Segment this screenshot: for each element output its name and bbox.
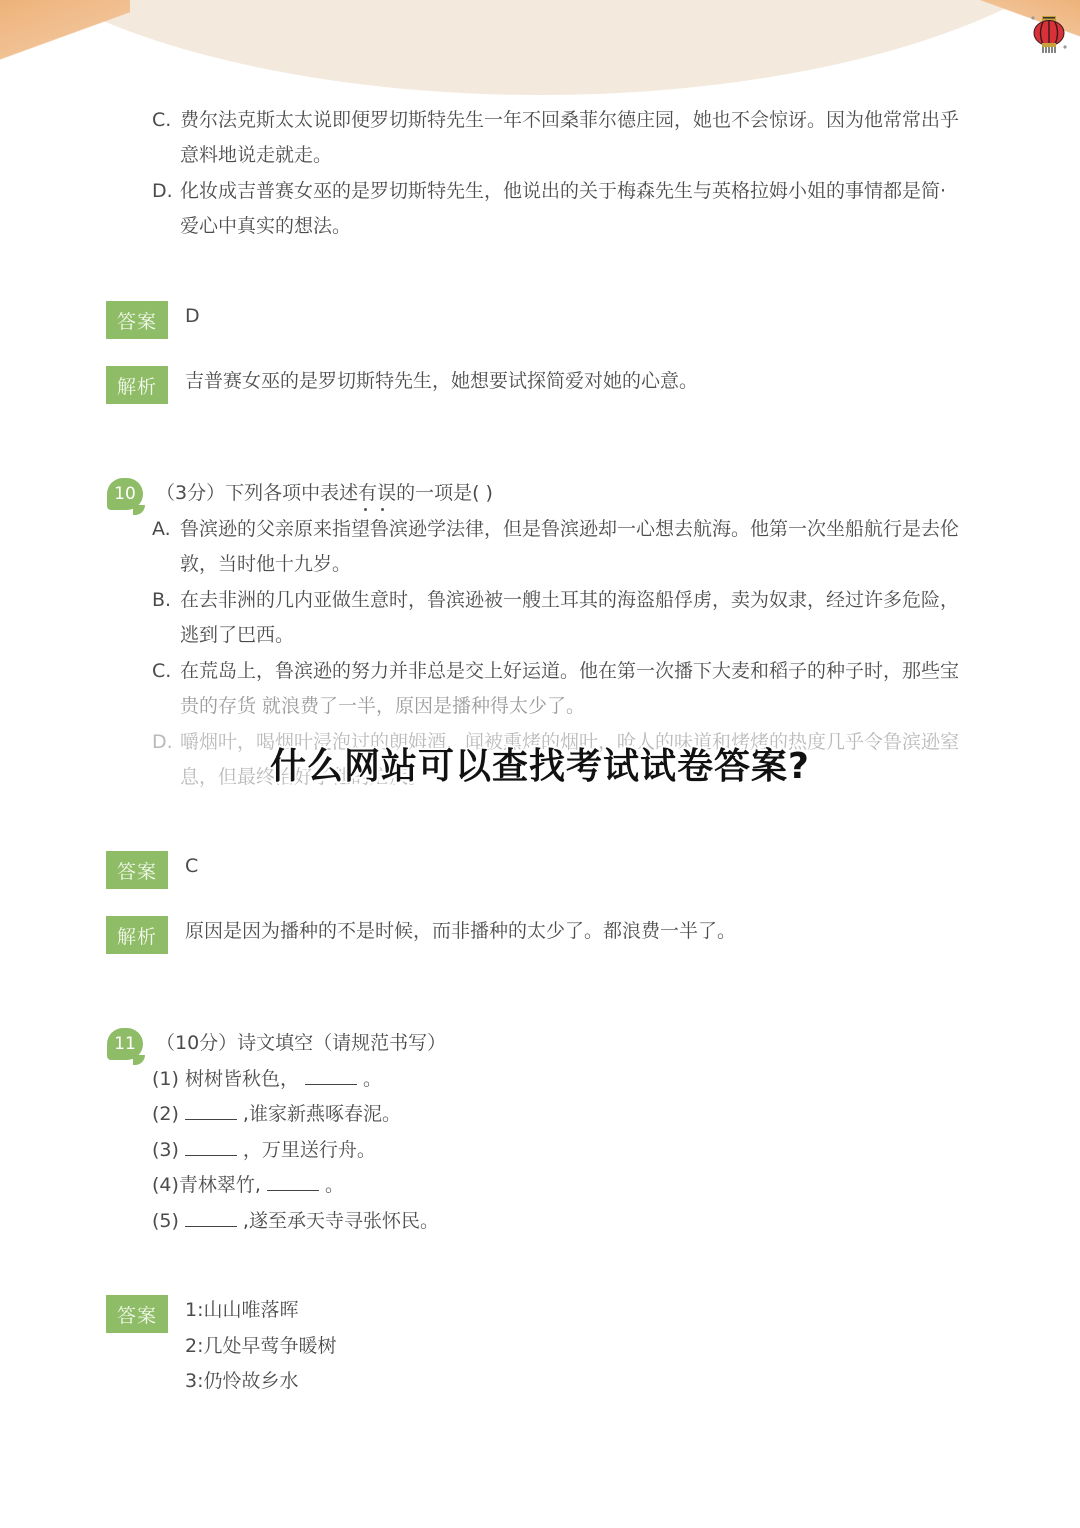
item-prefix: (1) 树树皆秋色， (152, 1068, 299, 1090)
option-text-line: 敦，当时他十九岁。 (180, 552, 351, 576)
option-text-line: 在去非洲的几内亚做生意时，鲁滨逊被一艘土耳其的海盗船俘虏，卖为奴隶，经过许多危险… (180, 588, 959, 612)
item-prefix: (5) (152, 1210, 179, 1232)
analysis-label: 解析 (106, 366, 168, 404)
option-letter: A. (152, 517, 171, 541)
item-suffix: 。 (363, 1068, 382, 1090)
option-text-line: 逃到了巴西。 (180, 623, 294, 647)
answer-label: 答案 (106, 301, 168, 339)
blank-field (185, 1139, 237, 1156)
fill-blank-item-5: (5),遂至承天寺寻张怀民。 (152, 1209, 439, 1233)
blank-field (267, 1174, 319, 1191)
question-number-badge: 10 (107, 478, 143, 510)
answer-value: D (185, 304, 200, 328)
item-prefix: (3) (152, 1139, 179, 1161)
option-text-line: 化妆成吉普赛女巫的是罗切斯特先生，他说出的关于梅森先生与英格拉姆小姐的事情都是简… (180, 179, 946, 203)
red-lantern-icon (1030, 14, 1068, 54)
answer-line-3: 3:仍怜故乡水 (185, 1369, 299, 1393)
emphasis-dot (364, 508, 367, 511)
fill-blank-item-4: (4)青林翠竹,。 (152, 1173, 344, 1197)
blank-field (185, 1210, 237, 1227)
question-text: （3分）下列各项中表述有误的一项是( ) (156, 481, 493, 505)
answer-line-2: 2:几处早莺争暖树 (185, 1334, 337, 1358)
answer-label: 答案 (106, 851, 168, 889)
analysis-text: 原因是因为播种的不是时候，而非播种的太少了。都浪费一半了。 (185, 919, 736, 943)
option-text-line: 鲁滨逊的父亲原来指望鲁滨逊学法律，但是鲁滨逊却一心想去航海。他第一次坐船航行是去… (180, 517, 959, 541)
blank-field (305, 1068, 357, 1085)
option-letter: D. (152, 179, 173, 203)
option-text-line: 费尔法克斯太太说即便罗切斯特先生一年不回桑菲尔德庄园，她也不会惊讶。因为他常常出… (180, 108, 959, 132)
answer-value: C (185, 854, 198, 878)
option-letter: C. (152, 659, 171, 683)
option-text-line: 贵的存货 就浪费了一半，原因是播种得太少了。 (180, 694, 585, 718)
option-letter: B. (152, 588, 171, 612)
analysis-text: 吉普赛女巫的是罗切斯特先生，她想要试探简爱对她的心意。 (185, 369, 698, 393)
item-suffix: 。 (325, 1174, 344, 1196)
emphasis-dot (381, 508, 384, 511)
fill-blank-item-3: (3)，万里送行舟。 (152, 1138, 376, 1162)
item-suffix: ,遂至承天寺寻张怀民。 (243, 1210, 439, 1232)
item-prefix: (2) (152, 1103, 179, 1125)
item-suffix: ,谁家新燕啄春泥。 (243, 1103, 401, 1125)
analysis-label: 解析 (106, 916, 168, 954)
question-text: （10分）诗文填空（请规范书写） (156, 1031, 446, 1055)
header-corner-left (0, 0, 130, 60)
option-text-line: 意料地说走就走。 (180, 143, 332, 167)
question-number-badge: 11 (107, 1028, 143, 1060)
option-text-line: 在荒岛上，鲁滨逊的努力并非总是交上好运道。他在第一次播下大麦和稻子的种子时，那些… (180, 659, 959, 683)
option-letter: C. (152, 108, 171, 132)
item-prefix: (4)青林翠竹, (152, 1174, 261, 1196)
blank-field (185, 1103, 237, 1120)
header-band (0, 0, 1080, 95)
overlay-title: 什么网站可以查找考试试卷答案? (0, 738, 1080, 789)
option-text-line: 爱心中真实的想法。 (180, 214, 351, 238)
answer-line-1: 1:山山唯落晖 (185, 1298, 299, 1322)
fill-blank-item-2: (2),谁家新燕啄春泥。 (152, 1102, 401, 1126)
answer-label: 答案 (106, 1295, 168, 1333)
item-suffix: ，万里送行舟。 (243, 1139, 376, 1161)
fill-blank-item-1: (1) 树树皆秋色，。 (152, 1067, 382, 1091)
